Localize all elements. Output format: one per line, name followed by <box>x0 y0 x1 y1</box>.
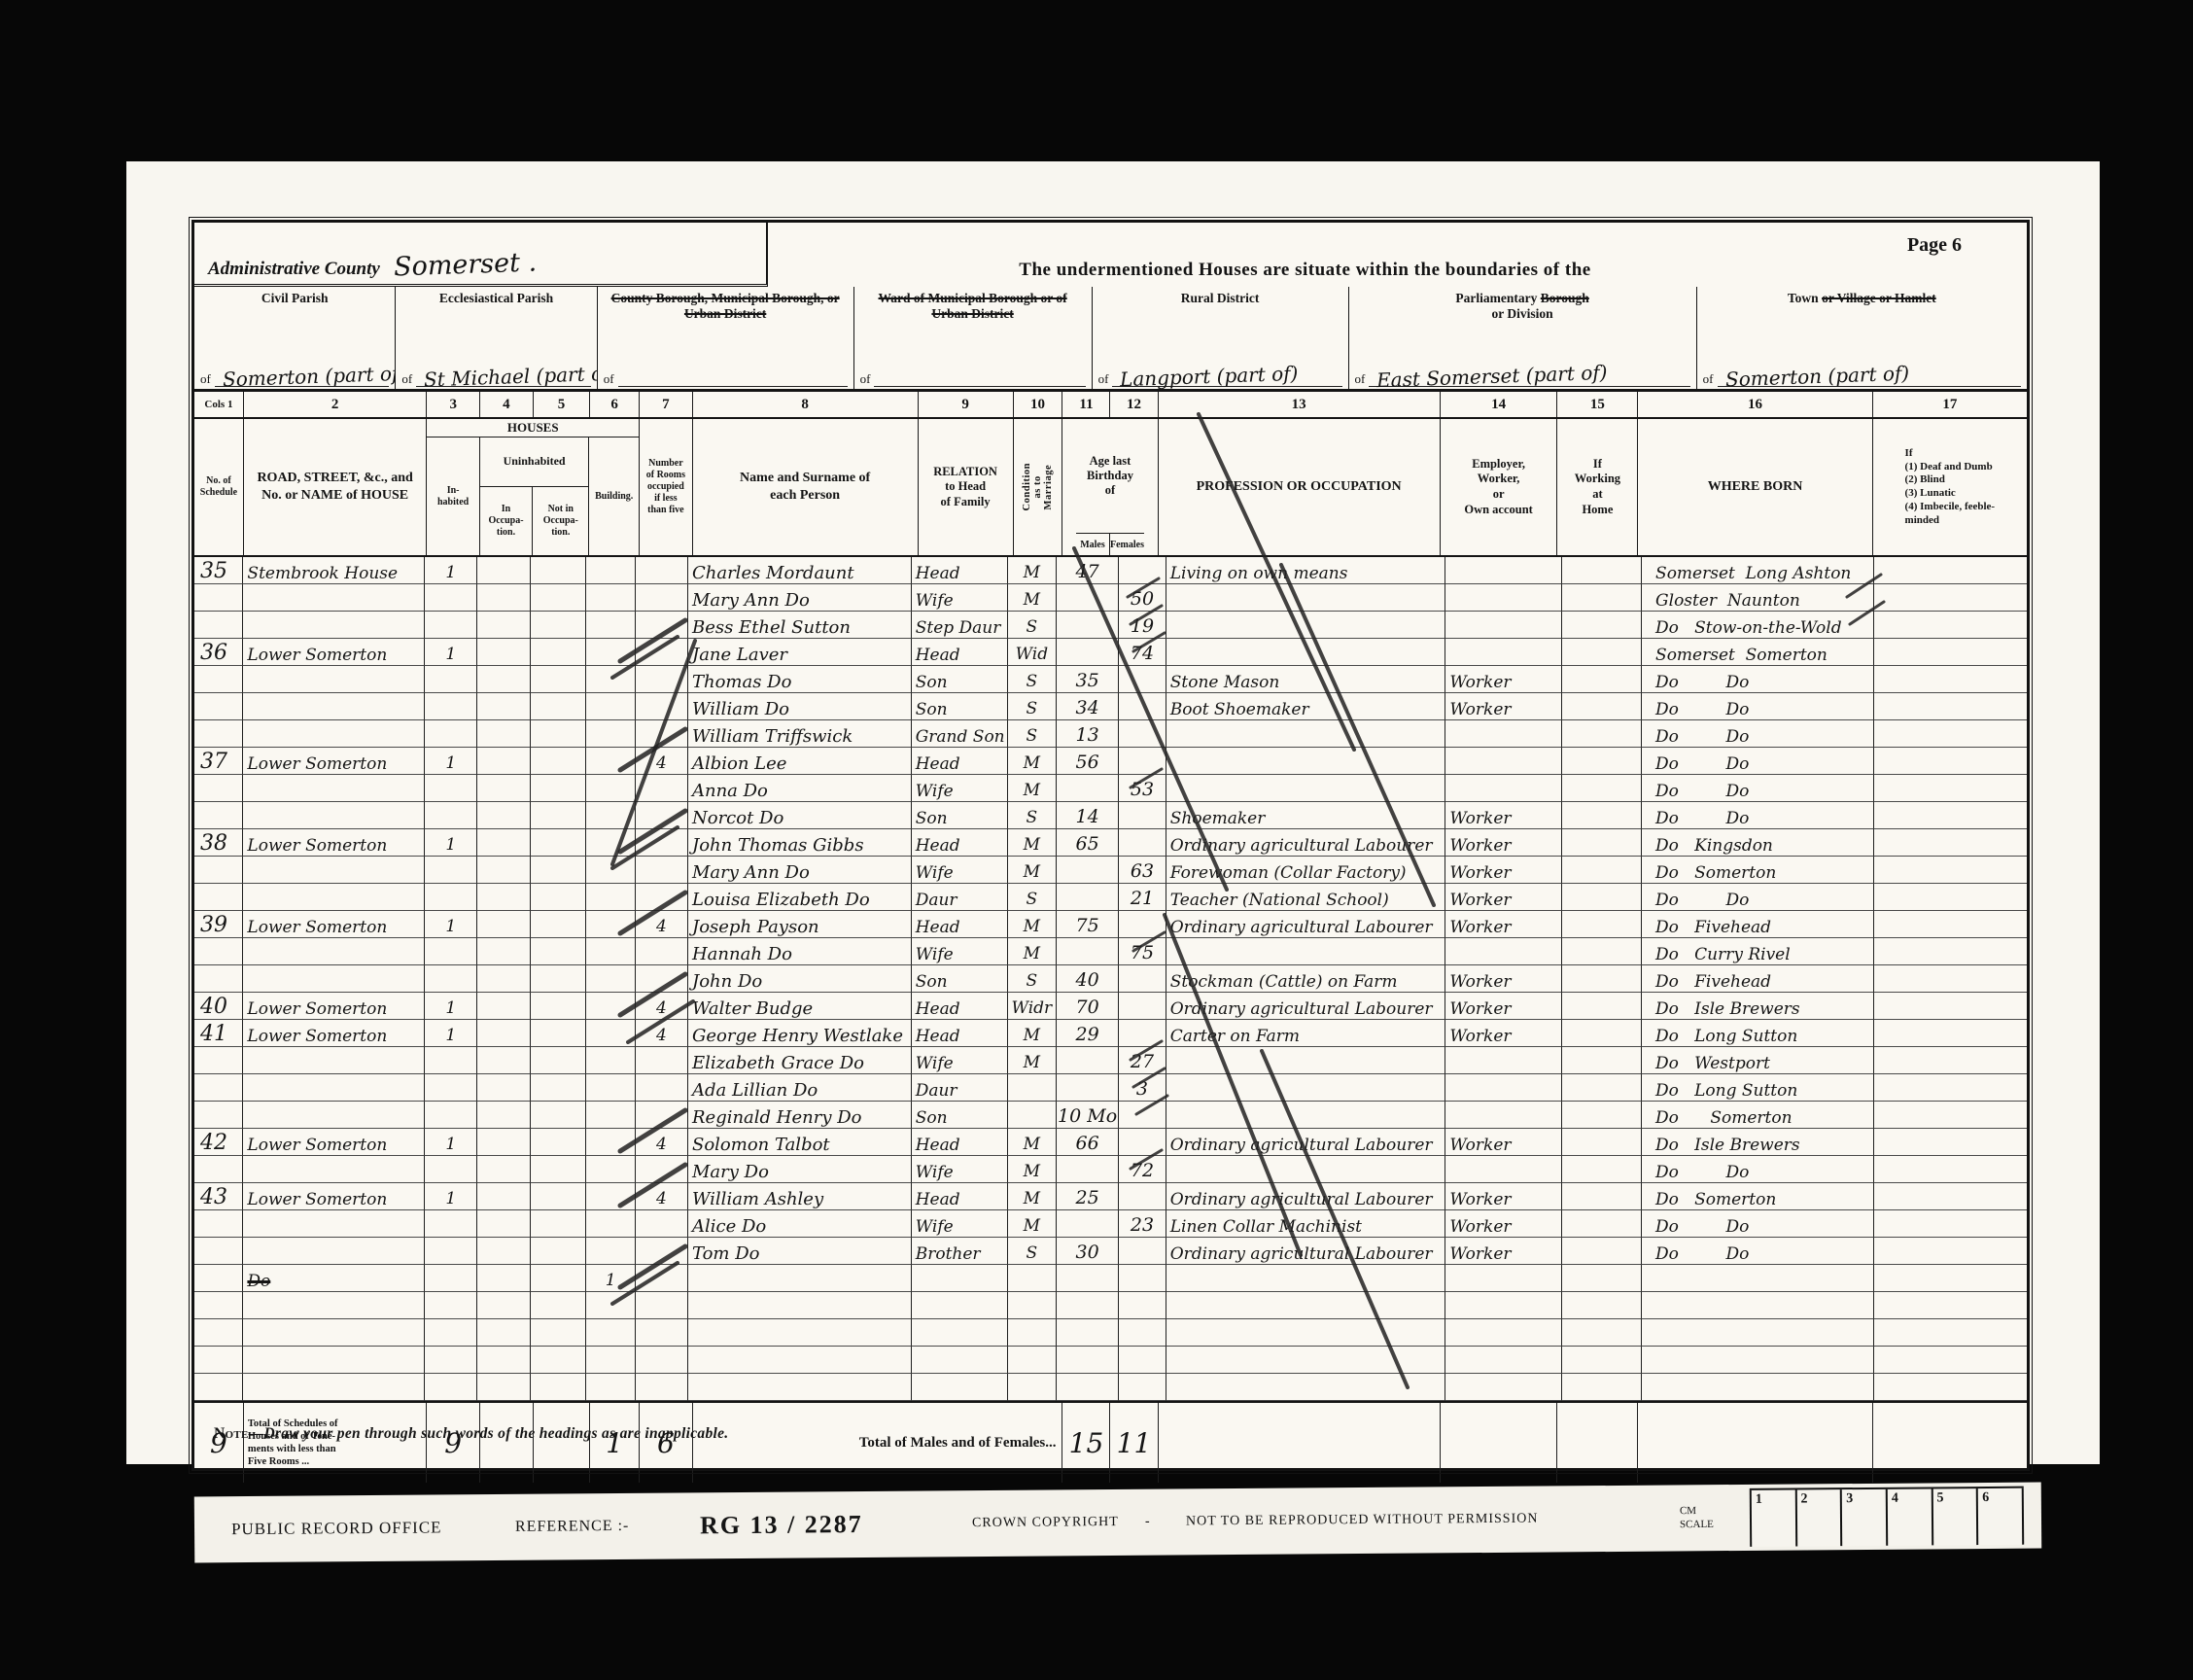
row-19-name: Elizabeth Grace Do <box>688 1047 912 1074</box>
row-9-rel: Wife <box>912 775 1008 802</box>
row-26-addr <box>243 1238 425 1265</box>
row-11-home <box>1562 829 1642 857</box>
row-17-inf <box>1874 993 2027 1020</box>
row-27-sch <box>194 1265 243 1292</box>
row-16-m: 40 <box>1057 965 1119 993</box>
row-19-rooms <box>636 1047 688 1074</box>
row-10-addr <box>243 802 425 829</box>
row-20-rooms <box>636 1074 688 1102</box>
column-number-2: 2 <box>244 392 428 417</box>
row-15-f: 75 <box>1119 938 1166 965</box>
row-31-cond <box>1008 1374 1057 1401</box>
row-6-sch <box>194 693 243 720</box>
row-10-f <box>1119 802 1166 829</box>
row-26-inh <box>425 1238 477 1265</box>
row-25-name: Alice Do <box>688 1210 912 1238</box>
total-building: 1 <box>590 1403 640 1483</box>
town-struck: or Village or Hamlet <box>1822 291 1936 305</box>
row-25-home <box>1562 1210 1642 1238</box>
row-6-cond: S <box>1008 693 1057 720</box>
row-26-rooms <box>636 1238 688 1265</box>
row-3-cond: S <box>1008 612 1057 639</box>
row-28-inocc <box>477 1292 530 1319</box>
row-26-home <box>1562 1238 1642 1265</box>
row-12-f: 63 <box>1119 857 1166 884</box>
row-27-inh <box>425 1265 477 1292</box>
row-24-notocc <box>531 1183 587 1210</box>
row-10-notocc <box>531 802 587 829</box>
row-23-born: Do Do <box>1642 1156 1874 1183</box>
row-11-name: John Thomas Gibbs <box>688 829 912 857</box>
col-header-inhabited: In- habited <box>427 437 479 555</box>
row-31-name <box>688 1374 912 1401</box>
row-10-bld <box>586 802 635 829</box>
row-15-rooms <box>636 938 688 965</box>
row-4-bld <box>586 639 635 666</box>
row-5-born: Do Do <box>1642 666 1874 693</box>
row-9-inocc <box>477 775 530 802</box>
row-13-cond: S <box>1008 884 1057 911</box>
row-14-rooms: 4 <box>636 911 688 938</box>
row-23-occ <box>1166 1156 1446 1183</box>
row-31-occ <box>1166 1374 1446 1401</box>
row-18-m: 29 <box>1057 1020 1119 1047</box>
row-21-cond <box>1008 1102 1057 1129</box>
row-22-home <box>1562 1129 1642 1156</box>
row-1-bld <box>586 557 635 584</box>
row-12-rel: Wife <box>912 857 1008 884</box>
row-1-born: Somerset Long Ashton <box>1642 557 1874 584</box>
reference-number: RG 13 / 2287 <box>700 1510 863 1540</box>
row-3-inh <box>425 612 477 639</box>
row-20-notocc <box>531 1074 587 1102</box>
row-16-emp: Worker <box>1445 965 1562 993</box>
totals-empty-employer <box>1441 1403 1558 1483</box>
row-11-born: Do Kingsdon <box>1642 829 1874 857</box>
row-1-inocc <box>477 557 530 584</box>
row-21-emp <box>1445 1102 1562 1129</box>
row-13-sch <box>194 884 243 911</box>
totals-empty-home <box>1557 1403 1638 1483</box>
col-header-name: Name and Surname of each Person <box>693 419 919 555</box>
row-26-inocc <box>477 1238 530 1265</box>
row-7-occ <box>1166 720 1446 748</box>
row-20-sch <box>194 1074 243 1102</box>
row-5-f <box>1119 666 1166 693</box>
row-11-notocc <box>531 829 587 857</box>
row-13-name: Louisa Elizabeth Do <box>688 884 912 911</box>
row-10-inf <box>1874 802 2027 829</box>
row-22-addr: Lower Somerton <box>243 1129 425 1156</box>
row-7-cond: S <box>1008 720 1057 748</box>
age-group-label: Age last Birthday of <box>1087 419 1133 533</box>
row-6-name: William Do <box>688 693 912 720</box>
row-25-sch <box>194 1210 243 1238</box>
row-29-emp <box>1445 1319 1562 1347</box>
row-2-cond: M <box>1008 584 1057 612</box>
totals-empty-occupation <box>1159 1403 1441 1483</box>
row-11-m: 65 <box>1057 829 1119 857</box>
row-1-addr: Stembrook House <box>243 557 425 584</box>
row-23-rel: Wife <box>912 1156 1008 1183</box>
row-13-born: Do Do <box>1642 884 1874 911</box>
row-17-born: Do Isle Brewers <box>1642 993 1874 1020</box>
row-30-inh <box>425 1347 477 1374</box>
row-16-inf <box>1874 965 2027 993</box>
row-6-notocc <box>531 693 587 720</box>
row-27-notocc <box>531 1265 587 1292</box>
row-9-bld <box>586 775 635 802</box>
row-1-rel: Head <box>912 557 1008 584</box>
row-19-notocc <box>531 1047 587 1074</box>
parliamentary-label: Parliamentary <box>1455 291 1537 305</box>
row-22-sch: 42 <box>194 1129 243 1156</box>
row-23-emp <box>1445 1156 1562 1183</box>
row-22-rooms: 4 <box>636 1129 688 1156</box>
district-strip: Civil Parish of Somerton (part of) Eccle… <box>194 287 2027 392</box>
county-borough-label: County Borough, Municipal Borough, or Ur… <box>611 291 840 321</box>
row-25-f: 23 <box>1119 1210 1166 1238</box>
row-17-inh: 1 <box>425 993 477 1020</box>
row-16-rooms <box>636 965 688 993</box>
row-5-addr <box>243 666 425 693</box>
row-12-inocc <box>477 857 530 884</box>
row-1-notocc <box>531 557 587 584</box>
row-13-home <box>1562 884 1642 911</box>
row-2-home <box>1562 584 1642 612</box>
row-27-emp <box>1445 1265 1562 1292</box>
row-5-inf <box>1874 666 2027 693</box>
row-21-inh <box>425 1102 477 1129</box>
total-inhabited: 9 <box>427 1403 480 1483</box>
row-19-inh <box>425 1047 477 1074</box>
administrative-county-value: Somerset . <box>393 247 537 282</box>
total-schedules-label: Total of Schedules of Houses and of Tene… <box>244 1403 428 1483</box>
row-31-born <box>1642 1374 1874 1401</box>
row-30-notocc <box>531 1347 587 1374</box>
row-12-addr <box>243 857 425 884</box>
of-label: of <box>1355 371 1366 387</box>
row-14-inf <box>1874 911 2027 938</box>
row-14-m: 75 <box>1057 911 1119 938</box>
row-14-f <box>1119 911 1166 938</box>
row-16-inh <box>425 965 477 993</box>
row-1-f <box>1119 557 1166 584</box>
row-21-f <box>1119 1102 1166 1129</box>
column-number-14: 14 <box>1441 392 1558 417</box>
row-27-rooms <box>636 1265 688 1292</box>
row-30-home <box>1562 1347 1642 1374</box>
row-24-addr: Lower Somerton <box>243 1183 425 1210</box>
row-16-bld <box>586 965 635 993</box>
row-20-cond <box>1008 1074 1057 1102</box>
row-15-bld <box>586 938 635 965</box>
row-25-emp: Worker <box>1445 1210 1562 1238</box>
row-12-notocc <box>531 857 587 884</box>
of-label: of <box>860 371 871 387</box>
civil-parish-value: Somerton (part of) <box>222 362 396 389</box>
row-20-f: 3 <box>1119 1074 1166 1102</box>
row-25-notocc <box>531 1210 587 1238</box>
of-label: of <box>200 371 211 387</box>
row-9-addr <box>243 775 425 802</box>
row-10-rooms <box>636 802 688 829</box>
cm-ruler: 123456 <box>1750 1487 2024 1547</box>
col-header-building: Building. <box>589 437 639 555</box>
row-15-born: Do Curry Rivel <box>1642 938 1874 965</box>
col-header-not-in-occupation: Not in Occupa- tion. <box>533 487 589 556</box>
public-record-office-label: PUBLIC RECORD OFFICE <box>231 1518 442 1539</box>
row-28-emp <box>1445 1292 1562 1319</box>
row-26-bld <box>586 1238 635 1265</box>
total-schedules-value: 9 <box>194 1403 244 1483</box>
of-label: of <box>604 371 614 387</box>
row-13-bld <box>586 884 635 911</box>
row-24-name: William Ashley <box>688 1183 912 1210</box>
row-23-bld <box>586 1156 635 1183</box>
row-22-occ: Ordinary agricultural Labourer <box>1166 1129 1446 1156</box>
ruler-mark-2: 2 <box>1794 1489 1840 1546</box>
row-31-inf <box>1874 1374 2027 1401</box>
row-14-inocc <box>477 911 530 938</box>
row-16-rel: Son <box>912 965 1008 993</box>
ruler-mark-1: 1 <box>1750 1490 1795 1547</box>
administrative-county-label: Administrative County <box>208 259 380 280</box>
row-10-born: Do Do <box>1642 802 1874 829</box>
row-8-f <box>1119 748 1166 775</box>
row-25-inh <box>425 1210 477 1238</box>
row-18-born: Do Long Sutton <box>1642 1020 1874 1047</box>
row-1-rooms <box>636 557 688 584</box>
row-14-notocc <box>531 911 587 938</box>
total-rooms: 6 <box>640 1403 693 1483</box>
row-10-inh <box>425 802 477 829</box>
row-21-m: 10 Mo <box>1057 1102 1119 1129</box>
row-19-occ <box>1166 1047 1446 1074</box>
row-30-name <box>688 1347 912 1374</box>
total-females: 11 <box>1110 1403 1158 1483</box>
column-number-1: Cols 1 <box>194 392 244 417</box>
row-11-inocc <box>477 829 530 857</box>
row-22-notocc <box>531 1129 587 1156</box>
row-3-rel: Step Daur <box>912 612 1008 639</box>
row-30-cond <box>1008 1347 1057 1374</box>
row-22-cond: M <box>1008 1129 1057 1156</box>
column-number-3: 3 <box>427 392 480 417</box>
row-26-occ: Ordinary agricultural Labourer <box>1166 1238 1446 1265</box>
row-25-m <box>1057 1210 1119 1238</box>
column-number-4: 4 <box>480 392 534 417</box>
row-28-addr <box>243 1292 425 1319</box>
row-28-occ <box>1166 1292 1446 1319</box>
row-31-rel <box>912 1374 1008 1401</box>
row-9-home <box>1562 775 1642 802</box>
row-18-occ: Carter on Farm <box>1166 1020 1446 1047</box>
row-22-name: Solomon Talbot <box>688 1129 912 1156</box>
row-25-bld <box>586 1210 635 1238</box>
row-14-home <box>1562 911 1642 938</box>
row-18-emp: Worker <box>1445 1020 1562 1047</box>
row-9-cond: M <box>1008 775 1057 802</box>
row-16-occ: Stockman (Cattle) on Farm <box>1166 965 1446 993</box>
row-27-inocc <box>477 1265 530 1292</box>
row-27-inf <box>1874 1265 2027 1292</box>
row-25-rooms <box>636 1210 688 1238</box>
row-4-occ <box>1166 639 1446 666</box>
row-3-emp <box>1445 612 1562 639</box>
row-12-born: Do Somerton <box>1642 857 1874 884</box>
ruler-mark-6: 6 <box>1976 1488 2024 1545</box>
row-22-f <box>1119 1129 1166 1156</box>
row-29-rel <box>912 1319 1008 1347</box>
row-7-m: 13 <box>1057 720 1119 748</box>
row-8-occ <box>1166 748 1446 775</box>
row-15-inh <box>425 938 477 965</box>
row-27-addr: Do <box>243 1265 425 1292</box>
row-2-occ <box>1166 584 1446 612</box>
column-number-8: 8 <box>693 392 919 417</box>
row-5-m: 35 <box>1057 666 1119 693</box>
infirmity-list: If (1) Deaf and Dumb (2) Blind (3) Lunat… <box>1905 447 1996 528</box>
row-16-addr <box>243 965 425 993</box>
row-15-name: Hannah Do <box>688 938 912 965</box>
row-19-born: Do Westport <box>1642 1047 1874 1074</box>
row-11-rooms <box>636 829 688 857</box>
row-27-m <box>1057 1265 1119 1292</box>
row-28-m <box>1057 1292 1119 1319</box>
row-2-m <box>1057 584 1119 612</box>
row-6-emp: Worker <box>1445 693 1562 720</box>
row-11-emp: Worker <box>1445 829 1562 857</box>
row-4-inf <box>1874 639 2027 666</box>
row-20-inocc <box>477 1074 530 1102</box>
row-18-bld <box>586 1020 635 1047</box>
row-29-notocc <box>531 1319 587 1347</box>
ward-box: Ward of Municipal Borough or of Urban Di… <box>854 287 1093 389</box>
footnote: Note—Draw your pen through such words of… <box>214 1425 728 1443</box>
column-number-13: 13 <box>1159 392 1441 417</box>
row-30-f <box>1119 1347 1166 1374</box>
row-6-rooms <box>636 693 688 720</box>
row-20-addr <box>243 1074 425 1102</box>
paper-sheet: Administrative County Somerset . The und… <box>126 161 2100 1464</box>
row-31-home <box>1562 1374 1642 1401</box>
row-12-home <box>1562 857 1642 884</box>
column-number-17: 17 <box>1873 392 2027 417</box>
row-8-home <box>1562 748 1642 775</box>
row-25-cond: M <box>1008 1210 1057 1238</box>
row-9-emp <box>1445 775 1562 802</box>
row-4-home <box>1562 639 1642 666</box>
administrative-county-box: Administrative County Somerset . <box>194 223 768 287</box>
column-number-15: 15 <box>1557 392 1638 417</box>
row-8-sch: 37 <box>194 748 243 775</box>
row-2-bld <box>586 584 635 612</box>
row-6-occ: Boot Shoemaker <box>1166 693 1446 720</box>
row-9-inh <box>425 775 477 802</box>
col-header-houses-group: HOUSES In- habited Uninhabited Building.… <box>427 419 640 555</box>
row-23-cond: M <box>1008 1156 1057 1183</box>
row-30-inf <box>1874 1347 2027 1374</box>
row-23-inf <box>1874 1156 2027 1183</box>
row-2-inf <box>1874 584 2027 612</box>
row-7-inf <box>1874 720 2027 748</box>
row-14-addr: Lower Somerton <box>243 911 425 938</box>
row-10-sch <box>194 802 243 829</box>
total-in-occupation <box>480 1403 534 1483</box>
row-14-emp: Worker <box>1445 911 1562 938</box>
row-8-emp <box>1445 748 1562 775</box>
row-13-occ: Teacher (National School) <box>1166 884 1446 911</box>
row-8-inh: 1 <box>425 748 477 775</box>
row-1-inf <box>1874 557 2027 584</box>
row-31-bld <box>586 1374 635 1401</box>
ruler-mark-5: 5 <box>1931 1488 1976 1545</box>
row-23-home <box>1562 1156 1642 1183</box>
row-9-occ <box>1166 775 1446 802</box>
row-24-rooms: 4 <box>636 1183 688 1210</box>
row-28-inh <box>425 1292 477 1319</box>
row-8-addr: Lower Somerton <box>243 748 425 775</box>
row-28-rooms <box>636 1292 688 1319</box>
crown-copyright-label: CROWN COPYRIGHT <box>972 1515 1119 1531</box>
row-4-inocc <box>477 639 530 666</box>
row-3-inf <box>1874 612 2027 639</box>
row-5-rooms <box>636 666 688 693</box>
row-29-born <box>1642 1319 1874 1347</box>
row-29-inf <box>1874 1319 2027 1347</box>
row-23-inocc <box>477 1156 530 1183</box>
separator-dash: - <box>1145 1515 1150 1530</box>
row-31-notocc <box>531 1374 587 1401</box>
row-5-name: Thomas Do <box>688 666 912 693</box>
column-header-row: No. of Schedule ROAD, STREET, &c., and N… <box>194 419 2027 557</box>
row-12-inf <box>1874 857 2027 884</box>
row-21-sch <box>194 1102 243 1129</box>
row-11-cond: M <box>1008 829 1057 857</box>
footnote-text: Draw your pen through such words of the … <box>263 1425 728 1442</box>
rural-district-box: Rural District of Langport (part of) <box>1093 287 1349 389</box>
row-12-rooms <box>636 857 688 884</box>
row-9-rooms <box>636 775 688 802</box>
row-19-addr <box>243 1047 425 1074</box>
row-22-bld <box>586 1129 635 1156</box>
row-4-notocc <box>531 639 587 666</box>
row-4-sch: 36 <box>194 639 243 666</box>
column-number-6: 6 <box>590 392 640 417</box>
row-18-inf <box>1874 1020 2027 1047</box>
row-29-f <box>1119 1319 1166 1347</box>
row-2-inh <box>425 584 477 612</box>
row-9-sch <box>194 775 243 802</box>
row-14-rel: Head <box>912 911 1008 938</box>
row-14-inh: 1 <box>425 911 477 938</box>
row-23-sch <box>194 1156 243 1183</box>
row-28-home <box>1562 1292 1642 1319</box>
row-6-inf <box>1874 693 2027 720</box>
row-1-home <box>1562 557 1642 584</box>
row-26-emp: Worker <box>1445 1238 1562 1265</box>
row-27-name <box>688 1265 912 1292</box>
row-24-home <box>1562 1183 1642 1210</box>
county-borough-box: County Borough, Municipal Borough, or Ur… <box>598 287 854 389</box>
row-23-name: Mary Do <box>688 1156 912 1183</box>
row-11-bld <box>586 829 635 857</box>
civil-parish-box: Civil Parish of Somerton (part of) <box>194 287 396 389</box>
row-13-f: 21 <box>1119 884 1166 911</box>
row-25-inocc <box>477 1210 530 1238</box>
row-11-f <box>1119 829 1166 857</box>
